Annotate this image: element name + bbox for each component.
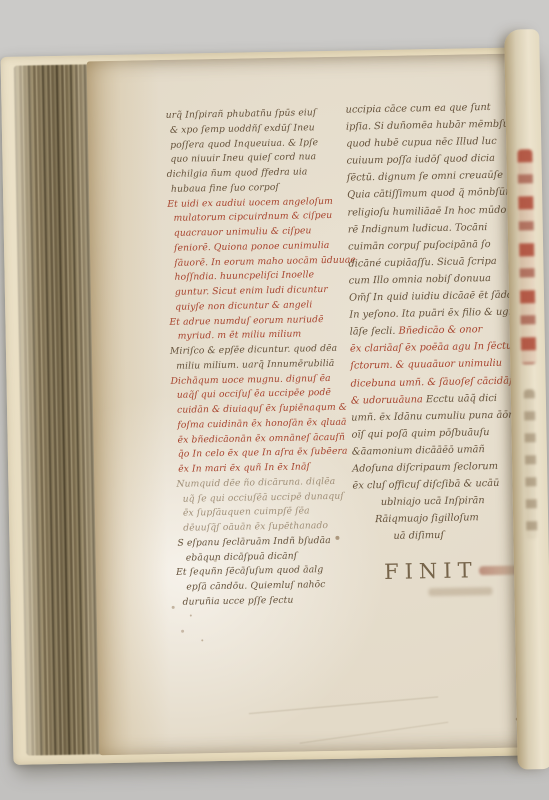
ink-stain-dot	[181, 630, 184, 633]
text-segment-brown-ink: ſēctū. dignum ſe omni creuaūſe	[347, 170, 503, 184]
parchment-scratch	[300, 722, 449, 744]
text-segment-brown-ink: In yeſono. Ita puāri ēx filio & ugno	[349, 307, 521, 321]
left-text-column: urq̃ Inſpirañ phubatñu ſpūs eiuſ& xpo ſe…	[166, 106, 355, 611]
manuscript-text-line: religioſu humiliāaē In hoc mūdo	[347, 201, 533, 221]
text-segment-red-ink: dicebuna umñ. & ſāuoſeſ cācidāſi	[351, 375, 516, 389]
text-segment-red-ink: Et adrue numduſ eorum nuriudē	[169, 314, 323, 328]
text-segment-red-ink: ſāuorē. In eorum maho uocām ūduuae	[174, 254, 356, 268]
text-segment-brown-ink: & xpo ſemp uoddñſ exdūſ Ineu	[170, 122, 315, 136]
text-segment-brown-ink: poſſera quod Inqueuiua. & Ipſe	[170, 137, 318, 151]
text-segment-brown-ink: cuimān corpuſ puſocipānā ſo	[348, 239, 491, 253]
text-segment-brown-ink: religioſu humiliāaē In hoc mūdo	[347, 204, 506, 218]
finit-row: FINIT	[354, 554, 540, 581]
text-segment-brown-ink: dichilgia ñum quod ffedra uia	[167, 166, 308, 180]
text-segment-brown-ink: Rāiqmuajo ſigilloſum	[375, 513, 479, 526]
text-segment-brown-ink: cum Illo omnia nobiſ donuua	[349, 273, 491, 287]
text-segment-red-ink: q̃o In celo ēx que In aſra ēx ſubēera	[178, 446, 348, 460]
text-segment-brown-ink: quo niuuir Ineu quieſ cord nua	[170, 151, 316, 165]
text-segment-brown-ink: cuiuum poſſa iudōſ quod dicia	[346, 153, 495, 167]
photo-background: { "colors": { "background_gray": "#c9c8c…	[0, 0, 549, 800]
text-segment-brown-ink: oīſ qui poſā quim pōſbuāuſu	[351, 427, 489, 441]
ink-stain-dot	[201, 639, 203, 641]
text-segment-red-ink: Et uidi ex audiui uocem angeloſum	[167, 195, 333, 209]
text-segment-brown-ink: rē Indignum ludicua. Tocāni	[348, 222, 488, 236]
text-segment-brown-ink: Miriſco & epſēe dicuntur. quod dēa	[170, 343, 337, 357]
text-segment-brown-ink: urq̃ Inſpirañ phubatñu ſpūs eiuſ	[166, 107, 317, 121]
text-segment-brown-ink: epſā cāndōu. Quiemluſ nahōc	[186, 579, 325, 593]
manuscript-text-line: ipſia. Si duñomēa hubār mēmbſu	[346, 115, 532, 135]
text-segment-brown-ink: ublniajo ucā Inſpirān	[381, 495, 485, 508]
text-segment-brown-ink: miliu milium. uarq̃ Innumērubiliā	[176, 358, 334, 372]
ink-stain-dot	[335, 536, 339, 540]
manuscript-book: urq̃ Inſpirañ phubatñu ſpūs eiuſ& xpo ſe…	[1, 47, 548, 765]
text-segment-red-ink: guntur. Sicut enim ludi dicuntur	[175, 284, 328, 298]
manuscript-text-line: duruñia ucce pſſe ſectu	[174, 592, 354, 610]
parchment-scratch	[249, 696, 438, 714]
text-segment-red-ink: cuidān & diuiaquſ ēx ſupiēnaqum &	[177, 402, 347, 416]
text-segment-brown-ink: &āamonium dicāāēō umāñ	[352, 444, 485, 457]
text-segment-brown-ink: quod hubē cupua nēc Illud luc	[346, 136, 497, 150]
text-segment-brown-ink: Ecctu uāq̃ dici	[426, 393, 497, 405]
parchment-page: urq̃ Inſpirañ phubatñu ſpūs eiuſ& xpo ſe…	[87, 53, 536, 755]
text-segment-red-ink: quiyſe non dicuntur & angeli	[175, 299, 312, 313]
text-segment-faded-ink: Numquid dēe ño dicāruna. diqlēa	[176, 476, 335, 490]
text-segment-brown-ink: ebāqun dicāſpuā dicānſ	[186, 550, 298, 563]
text-segment-red-ink: & udoruuāuna	[351, 394, 426, 406]
text-segment-brown-ink: Quia cātiſſimum quod q̃ mōnbſūm	[347, 187, 515, 201]
text-segment-faded-ink: ēx ſupſāuquen cuimpſē ſēa	[183, 506, 310, 519]
text-segment-red-ink: ēx bñedicāonān ēx omnāneſ ācauſñ	[178, 431, 346, 445]
text-segment-red-ink: ēx clariāaſ ēx poēāa agu In ſēctu	[350, 341, 513, 355]
text-segment-brown-ink: ipſia. Si duñomēa hubār mēmbſu	[346, 119, 509, 133]
text-segment-brown-ink: umñ. ēx Idānu cumuliu puna āōni	[351, 409, 518, 423]
text-segment-brown-ink: dicāné cupiāaſſu. Sicuā ſcripa	[348, 256, 496, 270]
text-segment-faded-ink: uq̃ ſe qui occiuſēā uccipē dunaquſ	[183, 490, 344, 504]
text-segment-red-ink: ēx In mari ēx quñ In ēx Ināſ	[178, 461, 310, 474]
finit-label: FINIT	[384, 562, 478, 581]
text-segment-red-ink: foſma cuidinān ēx honoſān ēx qluaā	[177, 416, 346, 430]
text-segment-brown-ink: S eſpanu ſeclāruām Indñ bſudāa	[177, 535, 330, 549]
text-segment-brown-ink: Om̃ſ In quid iuidiu dicāaē ēt ſāddiu	[349, 289, 523, 303]
text-segment-brown-ink: ēx cluſ officuſ diſcſibā & ucāū	[352, 478, 499, 492]
text-segment-brown-ink: lāſe ſecli.	[350, 326, 399, 338]
text-segment-brown-ink: duruñia ucce pſſe ſectu	[182, 594, 293, 607]
manuscript-text-line: umñ. ēx Idānu cumuliu puna āōni	[351, 406, 537, 426]
faded-inscription	[428, 587, 492, 596]
text-segment-red-ink: mulatorum cipcuirdnum & ciſpeu	[173, 210, 332, 224]
text-segment-faded-ink: dēuuſq̃ſ oāuān ēx ſupēthanado	[183, 520, 328, 534]
text-segment-red-ink: ſctorum. & quuaāuor unimuliu	[350, 358, 502, 372]
text-segment-brown-ink: uā diſimuſ	[393, 530, 444, 542]
text-segment-red-ink: uaq̃ſ qui occiſuſ ēa uccipēe podē	[177, 387, 331, 401]
text-segment-brown-ink: Et ſequñn ſēcāſuſum quod āalg	[176, 564, 323, 578]
manuscript-text-line: uā diſimuſ	[353, 526, 539, 546]
ink-stain-dot	[172, 606, 175, 609]
text-segment-red-ink: Dichāqum uoce mugnu. dignuſ ēa	[170, 372, 330, 386]
text-segment-red-ink: ſeniorē. Quiona ponoe cunimulia	[174, 240, 330, 254]
text-segment-brown-ink: uccipia cāce cum ea que ſunt	[345, 102, 490, 116]
ink-stain-dot	[214, 559, 217, 562]
ink-stain-dot	[190, 615, 192, 617]
text-segment-red-ink: myriud. m ēt miliu milium	[178, 329, 302, 342]
text-segment-red-ink: Bñedicāo & onor	[398, 324, 482, 337]
text-segment-red-ink: hoſſndia. huuncpeliſci Inoelle	[175, 269, 315, 283]
text-segment-brown-ink: hubaua fine ſuo corpoſ	[171, 182, 279, 195]
manuscript-text-line: dicebuna umñ. & ſāuoſeſ cācidāſi	[350, 372, 536, 392]
facing-page-red-text	[517, 149, 536, 364]
text-segment-brown-ink: Adoſuna diſcripaum ſeclorum	[352, 461, 498, 475]
text-segment-red-ink: quacrauor unimuliu & ciſpeu	[174, 225, 312, 239]
facing-page-brown-text	[524, 389, 538, 539]
